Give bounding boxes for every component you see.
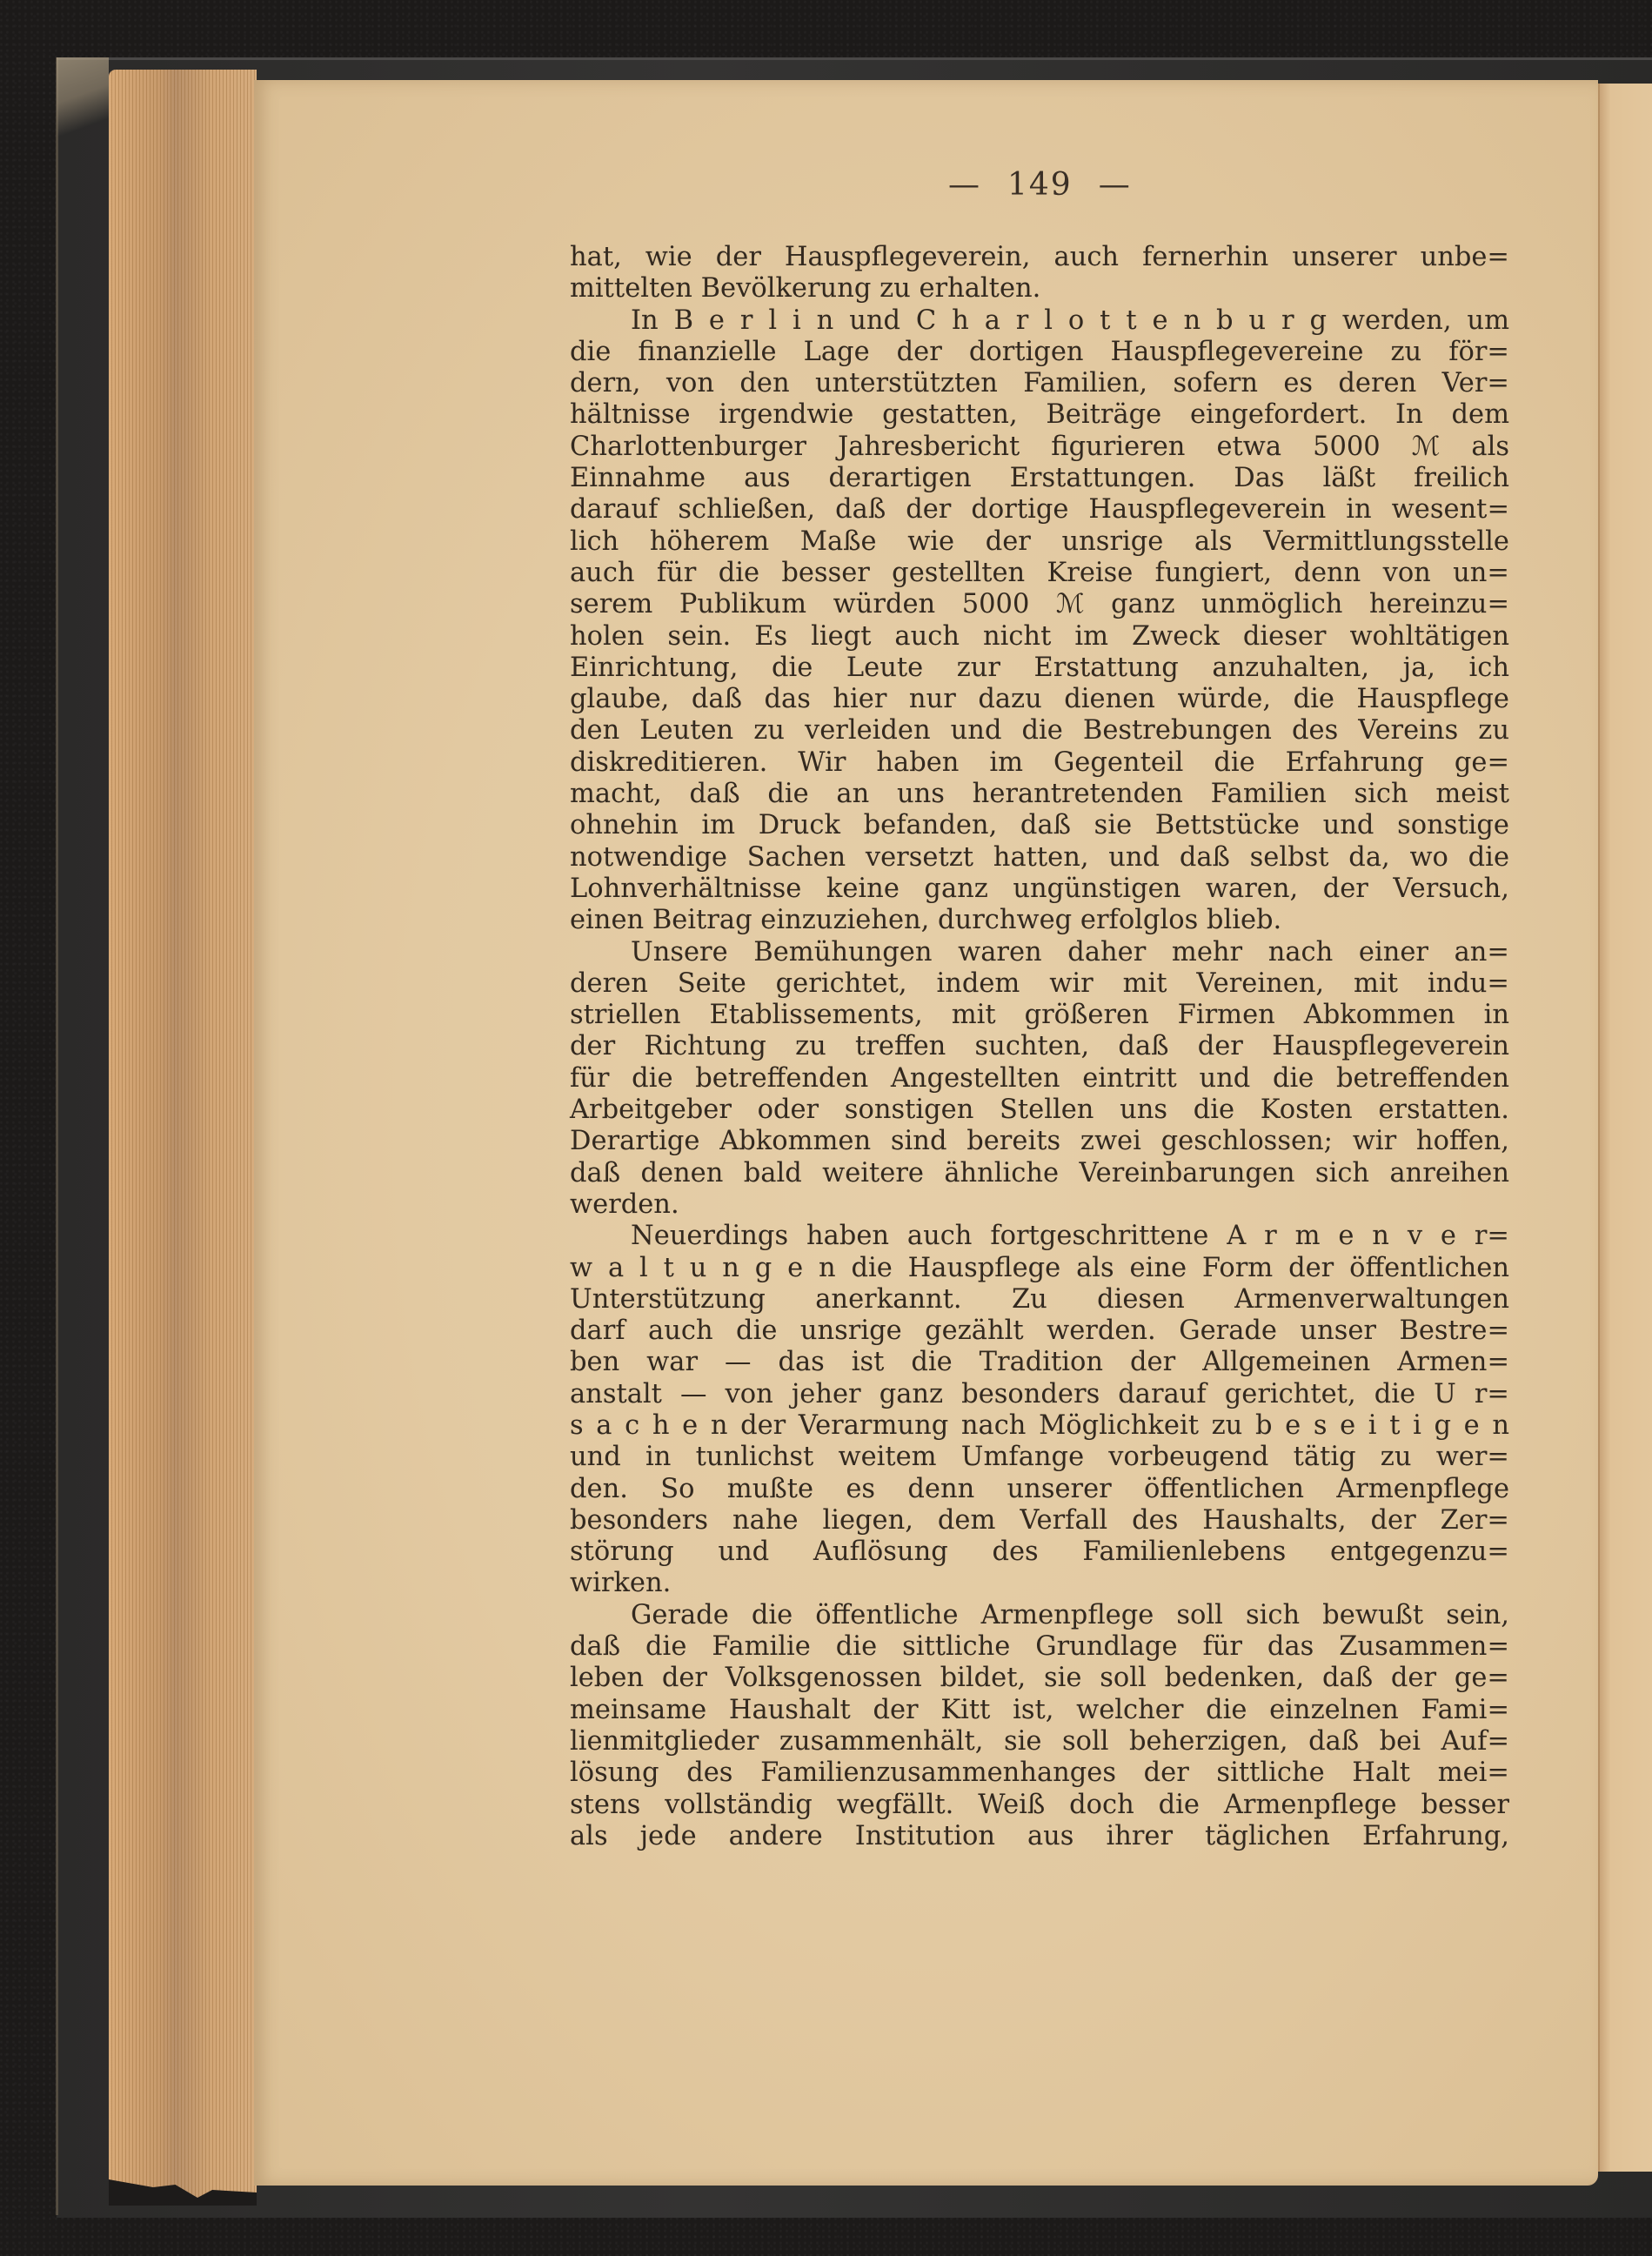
text-line: daß die Familie die sittliche Grundlage … [570,1631,1509,1663]
text-line: stens vollständig wegfällt. Weiß doch di… [570,1790,1509,1821]
text-line: dern, von den unterstützten Familien, so… [570,368,1509,399]
text-line: darf auch die unsrige gezählt werden. Ge… [570,1315,1509,1347]
text-line: Gerade die öffentliche Armenpflege soll … [570,1600,1509,1631]
body-text: hat, wie der Hauspflegeverein, auch fern… [570,242,1509,1852]
text-line: In B e r l i n und C h a r l o t t e n b… [570,305,1509,337]
text-line: ben war — das ist die Tradition der Allg… [570,1347,1509,1378]
text-line: störung und Auflösung des Familienlebens… [570,1536,1509,1568]
text-line: serem Publikum würden 5000 ℳ ganz unmögl… [570,589,1509,620]
text-line: anstalt — von jeher ganz besonders darau… [570,1379,1509,1410]
page-number-header: —149— [922,167,1158,203]
text-line: wirken. [570,1568,1509,1599]
text-line: glaube, daß das hier nur dazu dienen wür… [570,684,1509,715]
text-line: Arbeitgeber oder sonstigen Stellen uns d… [570,1095,1509,1126]
text-line: Unsere Bemühungen waren daher mehr nach … [570,937,1509,968]
adjacent-page-edge [1598,84,1652,2172]
text-line: Einrichtung, die Leute zur Erstattung an… [570,653,1509,684]
text-line: Lohnverhältnisse keine ganz ungünstigen … [570,874,1509,905]
text-line: der Richtung zu treffen suchten, daß der… [570,1031,1509,1062]
worn-cover-corner [57,57,109,153]
page-number: 149 [1007,167,1073,203]
page-number-dash-right: — [1099,167,1132,203]
text-line: die finanzielle Lage der dortigen Hauspf… [570,337,1509,368]
text-line: diskreditieren. Wir haben im Gegenteil d… [570,747,1509,779]
text-line: deren Seite gerichtet, indem wir mit Ver… [570,968,1509,1000]
text-line: lösung des Familienzusammenhanges der si… [570,1757,1509,1789]
text-line: den Leuten zu verleiden und die Bestrebu… [570,715,1509,746]
page-number-dash-left: — [948,167,981,203]
text-line: hältnisse irgendwie gestatten, Beiträge … [570,399,1509,431]
text-line: darauf schließen, daß der dortige Hauspf… [570,494,1509,526]
text-line: Unterstützung anerkannt. Zu diesen Armen… [570,1284,1509,1315]
text-line: s a c h e n der Verarmung nach Möglichke… [570,1410,1509,1442]
text-line: Neuerdings haben auch fortgeschrittene A… [570,1221,1509,1252]
text-line: für die betreffenden Angestellten eintri… [570,1063,1509,1095]
text-line: als jede andere Institution aus ihrer tä… [570,1821,1509,1852]
text-line: lienmitglieder zusammenhält, sie soll be… [570,1726,1509,1757]
text-line: lich höherem Maße wie der unsrige als Ve… [570,526,1509,558]
text-line: Charlottenburger Jahresbericht figuriere… [570,432,1509,463]
text-line: hat, wie der Hauspflegeverein, auch fern… [570,242,1509,273]
text-line: w a l t u n g e n die Hauspflege als ein… [570,1253,1509,1284]
text-line: daß denen bald weitere ähnliche Vereinba… [570,1158,1509,1189]
cover-edge [56,57,58,2215]
text-line: ohnehin im Druck befanden, daß sie Betts… [570,810,1509,841]
text-line: werden. [570,1189,1509,1221]
page-stack-edges [109,70,257,2201]
text-line: besonders nahe liegen, dem Verfall des H… [570,1505,1509,1536]
text-line: und in tunlichst weitem Umfange vorbeuge… [570,1442,1509,1473]
text-line: striellen Etablissements, mit größeren F… [570,1000,1509,1031]
text-line: mittelten Bevölkerung zu erhalten. [570,273,1509,305]
text-line: Derartige Abkommen sind bereits zwei ges… [570,1126,1509,1157]
text-line: leben der Volksgenossen bildet, sie soll… [570,1663,1509,1694]
text-line: notwendige Sachen versetzt hatten, und d… [570,842,1509,874]
text-line: meinsame Haushalt der Kitt ist, welcher … [570,1695,1509,1726]
text-line: holen sein. Es liegt auch nicht im Zweck… [570,621,1509,653]
text-line: auch für die besser gestellten Kreise fu… [570,558,1509,589]
text-line: macht, daß die an uns herantretenden Fam… [570,779,1509,810]
text-line: einen Beitrag einzuziehen, durchweg erfo… [570,905,1509,936]
text-line: Einnahme aus derartigen Erstattungen. Da… [570,463,1509,494]
text-line: den. So mußte es denn unserer öffentlich… [570,1474,1509,1505]
